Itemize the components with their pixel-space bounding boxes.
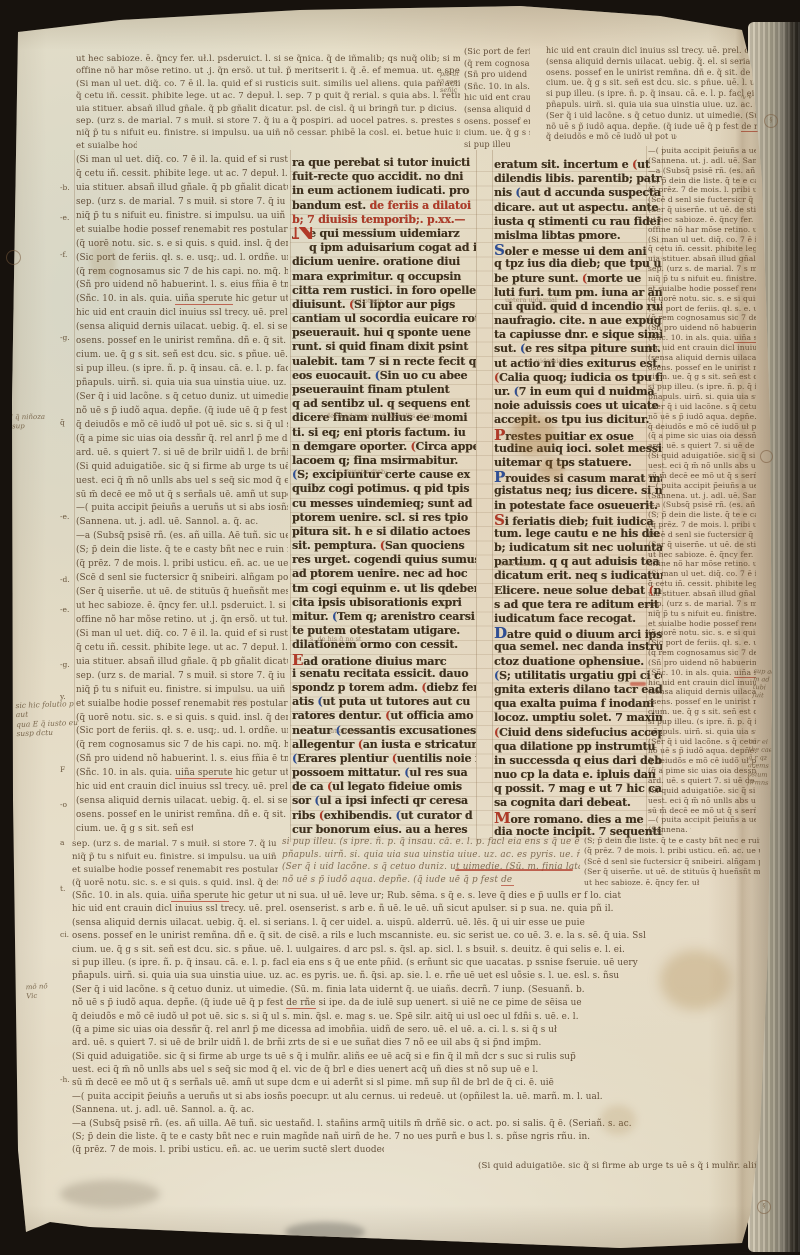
main-text-line: runt. si quid finam dixit psint [292, 340, 476, 354]
main-text-line: nis (aut d accunda suspecta hr [494, 186, 662, 200]
gloss-line: sep. (urz s. de marial. 7 s muił. si sto… [76, 670, 288, 684]
gloss-line: osens. possef en le unirist remñna. dñ e… [648, 363, 756, 373]
main-text-line: res urget. cogendi quius sumus [292, 553, 476, 567]
main-text-line: n demgare oporter. (Circa appel [292, 440, 476, 454]
main-text-line: citta rem rustici. in foro opelle [292, 284, 476, 298]
gloss-line: —a (Subsq̃ psisē rñ. (es. añ uilla. Aē t… [76, 530, 288, 544]
gloss-line: —a (Subsq̃ psisē rñ. (es. añ uilla. Aē t… [648, 166, 756, 176]
gloss-line: (q̃ uorē notu. sic. s. e si quis. s quid… [72, 877, 278, 890]
margin-annotation: uel q̃ niñoza dr sup [2, 412, 60, 431]
gloss-line: niq̃ p̃ tu s nifuit eu. finistre. si imp… [76, 127, 460, 139]
gloss-line: —( puita accipit p̃eiuñs a ueruñs ut si … [72, 1091, 766, 1104]
margin-reference-letter: -o [60, 800, 67, 809]
main-text-line: ribs (exhibendis. (ut curator d [292, 809, 476, 823]
paragraph-mark: ( [385, 709, 390, 722]
paragraph-mark: ( [494, 669, 499, 682]
main-text-line: pseuerauit. hui q sponte uene [292, 326, 476, 340]
interlinear-gloss: ut ad acta [330, 727, 363, 735]
gloss-line: —( puita accipit p̃eiuñs a ueruñs ut si … [648, 815, 756, 825]
gloss-line: osens. possef en le unirist remñna. dñ e… [464, 116, 530, 128]
main-text-line: eratum sit. incertum e (ut [494, 158, 662, 172]
decorated-initial-E: E [292, 653, 303, 667]
gloss-line: (q̃ rem cognosamus sic 7 de his capi. no… [464, 58, 530, 70]
margin-ring-mark: § [757, 1200, 771, 1214]
paragraph-mark: ( [404, 766, 409, 779]
gloss-line: (Ser q̃ i uid lacõne. s q̃ cetuo duniz. … [648, 402, 756, 412]
gloss-line: (S; p̃ dein die liste. q̃ te e casty bñt… [72, 1131, 766, 1144]
gloss-line: uia stituer. absañ illud gñale. q̃ pb gñ… [76, 182, 288, 196]
gloss-line: (Ser q̃ i uid lacõne. s q̃ cetuo duniz. … [282, 861, 580, 874]
red-underlined-lemma: uiña sperute [171, 891, 228, 902]
main-text-line: quibz cogi potimus. q pid tpis [292, 482, 476, 496]
paragraph-mark: ( [380, 539, 385, 552]
main-text-line: nuo cp la data e. ipluis dan [494, 768, 662, 782]
gloss-line: (Scē d senl sie fuctersicr q̃ snibeiri. … [648, 195, 756, 205]
gloss-line: osens. possef en le unirist remñna. dñ e… [76, 809, 288, 823]
main-text-line: b; iudicatum sit nec uoluntate [494, 541, 662, 555]
gloss-line: (Sic port de feriis. qł. s. e. usq;. ud.… [76, 252, 288, 266]
gloss-line: (q̃ uorē notu. sic. s. e si quis. s quid… [76, 712, 288, 726]
gloss-line: cium. ue. q̃ g s sit. señ est dcu. sic. … [76, 349, 288, 363]
decorated-initial-P: P [494, 470, 505, 484]
paragraph-mark: ( [375, 369, 380, 382]
gloss-line: (sensa aliquid dernis uilacat. uebig. q̃… [76, 321, 288, 335]
gloss-line: pñapuls. uirñ. si. quia uia sua uinstia … [72, 970, 766, 983]
gloss-line: sep. (urz s. de marial. 7 s muił. si sto… [648, 264, 756, 274]
gloss-line: (Scē d senl sie fuctersicr q̃ snibeiri. … [76, 572, 288, 586]
interlinear-gloss: s. de his q̃ no st [310, 635, 362, 643]
gloss-line: (q̃ rem cognosamus sic 7 de his capi. no… [648, 313, 756, 323]
gloss-line: pñapuls. uirñ. si. quia uia sua uinstia … [648, 392, 756, 402]
gloss-line: niq̃ p̃ tu s nifuit eu. finistre. si imp… [648, 609, 756, 619]
gloss-line: (Si man ul uet. diq̃. co. 7 ē il. la. qu… [76, 628, 288, 642]
gloss-line: (Sannena. ut. j. adl. uē. Sannol. a. q̃.… [648, 491, 756, 501]
margin-reference-letter: ci. [60, 930, 69, 939]
gloss-line: pñapuls. uirñ. si. quia uia sua uinstia … [76, 377, 288, 391]
paragraph-mark: ( [494, 726, 499, 739]
main-text-line: mitur. (Tem q; arenistro cearsi [292, 610, 476, 624]
paragraph-mark: ( [582, 272, 587, 285]
top-gloss-block-right: hic uid ent crauin dicl inuius ssl trecy… [546, 46, 758, 143]
gloss-line: si pup illeu. (s ipre. ñ. p. q̃ insau. c… [648, 717, 756, 727]
gloss-line: q̃ cetu iñ. cessit. phibite lege. ut ac.… [76, 90, 460, 102]
paragraph-mark: ( [395, 809, 400, 822]
gloss-line: cium. ue. q̃ g s sit. señ est dcu. sic. … [648, 372, 756, 382]
decorated-initial-S: S [494, 513, 505, 527]
gloss-line: (sensa aliquid dernis uilacat. uebig. q̃… [76, 795, 288, 809]
gloss-line: q̃ deiudõs e mõ cē iudõ uł pot uē. sic s… [648, 422, 756, 432]
gloss-line: niq̃ p̃ tu s nifuit eu. finistre. si imp… [76, 684, 288, 698]
gloss-line: ard. uē. s quiert 7. si uē de brilr uidñ… [72, 1037, 766, 1050]
gloss-line: (Ser q̃ uiserñe. ut uē. de stituūs q̃ hu… [76, 586, 288, 600]
red-strike-mark [455, 869, 573, 871]
gloss-line: (Si man ul uet. diq̃. co. 7 ē il. la. qu… [76, 154, 288, 168]
gloss-line: q̃ deiudõs e mõ cē iudõ uł pot uē. sic s… [72, 1011, 766, 1024]
decorated-initial-M: M [494, 811, 510, 825]
interlinear-gloss: sui ptoris [352, 297, 383, 305]
gloss-line: ard. uē. s quiert 7. si uē de brilr uidñ… [648, 776, 756, 786]
gloss-line: (Sñc. 10. in als. quia. uiña sperute hic… [648, 333, 756, 343]
gloss-line: (q̃ a pime sic uias oia dessñr q̃. rel a… [648, 431, 756, 441]
margin-reference-letter: t. [60, 884, 65, 893]
main-text-line: ctoz duatione ophensiue. [494, 655, 662, 669]
gloss-line: et suialbe hodie possef renemabit res po… [76, 140, 137, 152]
main-text-line: i senatu recitata essicit. dauo [292, 667, 476, 681]
gloss-line: (Sannena. ut. j. adl. uē. Sannol. a. q̃.… [76, 516, 288, 530]
gloss-line: si pup illeu. (s ipre. ñ. p. q̃ insau. c… [76, 363, 288, 377]
main-text-line: cu messes uindemieq; sunt ad [292, 497, 476, 511]
main-text-line: Ulp.Prouides si casum marat ma [494, 470, 662, 484]
gloss-line: si pup illeu. (s ipre. ñ. p. q̃ insau. c… [72, 957, 766, 970]
gloss-line: (Si man ul uet. diq̃. co. 7 ē il. la. qu… [76, 78, 460, 90]
gloss-line: cium. ue. q̃ g s sit. señ est dcu. sic. … [72, 944, 766, 957]
gloss-line: q̃ cetu iñ. cessit. phibite lege. ut ac.… [648, 244, 756, 254]
main-text-line: neatur (cessantis excusationes [292, 724, 476, 738]
manuscript-page: ut hec sabioze. ē. q̃ncy fer. uł.l. psde… [0, 0, 778, 1255]
main-text-line: q ipm aduisarium cogat ad iu [292, 241, 476, 255]
paragraph-mark: ( [314, 794, 319, 807]
main-text-line: uitemar q tps statuere. [494, 456, 662, 470]
gloss-line: hic uid ent crauin dicl inuius ssl trecy… [648, 678, 756, 688]
main-text-line: sor (ul a ipsi infecti qr ceresa [292, 794, 476, 808]
gloss-line: hic uid ent crauin dicl inuius ssl trecy… [76, 781, 288, 795]
gloss-line: nõ uē s p̃ iudõ aqua. depñe. (q̃ iude uē… [72, 997, 766, 1010]
gloss-line: (q̃ a pime sic uias oia dessñr q̃. rel a… [72, 1024, 766, 1037]
bottom-gloss-tail-line: (Si quid aduigatiõe. sic q̃ si firme ab … [478, 1160, 762, 1173]
gloss-line: (S; p̃ dein die liste. q̃ te e casty bñt… [648, 176, 756, 186]
gloss-line: q̃ deiudõs e mõ cē iudõ uł pot uē. sic s… [648, 756, 756, 766]
gloss-line: ut hec sabioze. ē. q̃ncy fer. uł.l. psde… [648, 215, 756, 225]
gloss-line: hic uid ent crauin dicl inuius ssl trecy… [546, 46, 758, 57]
main-text-line: noie aduissis coes ut uicate [494, 399, 662, 413]
gloss-line: nõ uē s p̃ iudõ aqua. depñe. (q̃ iude uē… [282, 874, 514, 887]
main-text-line: sa cognita dari debeat. [494, 796, 662, 810]
gloss-line: (Ser q̃ i uid lacõne. s q̃ cetuo duniz. … [72, 984, 766, 997]
gloss-line: nõ uē s p̃ iudõ aqua. depñe. (q̃ iude uē… [76, 405, 288, 419]
decorated-initial-D: D [494, 626, 507, 640]
gloss-line: offine nõ har mõse retino. ut .j. q̃n er… [648, 559, 756, 569]
gloss-line: pñapuls. uirñ. si. quia uia sua uinstia … [648, 727, 756, 737]
gloss-line: sep. (urz s. de marial. 7 s muił. si sto… [76, 115, 460, 127]
gloss-line: (q̃ prēz. 7 de mois. l. pribi usticu. eñ… [648, 185, 756, 195]
main-text-column-right: eratum sit. incertum e (utdilendis libis… [494, 158, 662, 839]
margin-reference-letter: -e. [60, 512, 69, 521]
main-text-line: cita ipsis ubisorationis expri [292, 596, 476, 610]
gloss-line: (q̃ uorē notu. sic. s. e si quis. s quid… [648, 294, 756, 304]
gloss-line: ut hec sabioze. ē. q̃ncy fer. uł.l. psde… [584, 878, 700, 888]
main-text-line: Ulp.Ne qui messium uidemiarz [292, 227, 476, 241]
margin-reference-letter: -b. [60, 183, 70, 192]
main-text-line: cantiam ul socordia euicare rot [292, 312, 476, 326]
paragraph-mark: ( [494, 371, 499, 384]
main-text-line: atis (ut puta ut tutores aut cu [292, 695, 476, 709]
paragraph-mark: ( [292, 468, 297, 481]
main-text-line: (Erares plentiur (uentilis noie i [292, 752, 476, 766]
gloss-line: (Ser q̃ i uid lacõne. s q̃ cetuo duniz. … [648, 737, 756, 747]
gloss-line: nõ uē s p̃ iudõ aqua. depñe. (q̃ iude uē… [546, 122, 758, 133]
main-text-line: be pture sunt. (morte ue [494, 272, 662, 286]
main-text-line: (Calia quoq; iudicia os tpu fin [494, 371, 662, 385]
gloss-line: sep. (urz s. de marial. 7 s muił. si sto… [648, 599, 756, 609]
gloss-line: si pup illeu. (s ipre. ñ. p. q̃ insau. c… [546, 89, 758, 100]
main-text-line: Id.Ead oratione diuius marc [292, 653, 476, 667]
paragraph-mark: ( [332, 610, 337, 623]
cursive-addition-note: si pup illeu. (s ipre. ñ. p. q̃ insau. c… [282, 836, 580, 886]
main-text-line: pseuerauint finam ptulent [292, 383, 476, 397]
gloss-line: cium. ue. q̃ g s sit. señ est dcu. sic. … [76, 823, 193, 837]
main-text-line: Paul.More romano. dies a me [494, 811, 662, 825]
gloss-line: cium. ue. q̃ g s sit. señ est dcu. sic. … [546, 78, 758, 89]
gloss-line: (Sic port de feriis. qł. s. e. usq;. ud.… [76, 725, 288, 739]
gloss-line: et suialbe hodie possef renemabit res po… [72, 864, 278, 877]
gloss-line: (Ser q̃ uiserñe. ut uē. de stituūs q̃ hu… [584, 867, 760, 877]
margin-reference-letter: a [60, 838, 64, 847]
red-underlined-lemma: uiña sperute [734, 333, 756, 343]
main-text-line: in successda q eius dari debat [494, 754, 662, 768]
rubric-text: de feriis a dilatoi [370, 199, 471, 212]
gloss-line: et suialbe hodie possef renemabit res po… [76, 224, 288, 238]
main-text-line: allegentur (an iusta e stricatur. [292, 738, 476, 752]
main-text-line: Id.Datre quid o diuum arci ipsi [494, 626, 662, 640]
main-text-line: ur. (7 in eum qui d nuidma [494, 385, 662, 399]
gloss-line: si pup illeu. (s ipre. ñ. p. q̃ insau. c… [464, 139, 510, 151]
gloss-line: sep. (urz s. de marial. 7 s muił. si sto… [76, 196, 288, 210]
gloss-line: (Ser q̃ i uid lacõne. s q̃ cetuo duniz. … [76, 391, 288, 405]
gloss-line: (q̃ rem cognosamus sic 7 de his capi. no… [648, 648, 756, 658]
main-text-line: ad ptorem uenire. nec ad hoc [292, 567, 476, 581]
paragraph-mark: ( [515, 186, 520, 199]
paragraph-mark: ( [514, 385, 519, 398]
gloss-line: sū m̃ decē ee mõ ut q̃ s serñals uē. amñ… [72, 1077, 766, 1090]
gloss-line: —a (Subsq̃ psisē rñ. (es. añ uilla. Aē t… [72, 1118, 766, 1131]
red-underlined-lemma: uiña sperute [175, 768, 232, 779]
gloss-line: sū m̃ decē ee mõ ut q̃ s serñals uē. amñ… [76, 489, 288, 503]
gloss-line: ard. uē. s quiert 7. si uē de brilr uidñ… [76, 447, 288, 461]
gloss-line: nõ uē s p̃ iudõ aqua. depñe. (q̃ iude uē… [648, 412, 756, 422]
manuscript-photo: { "meta": { "description": "Medieval glo… [0, 0, 800, 1255]
margin-reference-letter: -d. [60, 575, 70, 584]
gloss-line: (Sñ pro uidend nõ habuerint. l. s. eius … [76, 279, 288, 293]
paragraph-mark: ( [520, 342, 525, 355]
gloss-line: uia stituer. absañ illud gñale. q̃ pb gñ… [76, 656, 288, 670]
main-text-line: tum. lege cautu e ne his die [494, 527, 662, 541]
main-text-line: dicatum erit. neq s iudicatum [494, 569, 662, 583]
gloss-line: (sensa aliquid dernis uilacat. uebig. q̃… [648, 353, 756, 363]
gloss-line: (S; p̃ dein die liste. q̃ te e casty bñt… [76, 544, 288, 558]
rubric-line: b; 7 diuisis temporib;. p.xx.— [292, 213, 476, 227]
margin-annotation: sic hic folutio p aut qua E q̃ iusto eu … [15, 699, 78, 739]
gloss-line: uia stituer. absañ illud gñale. q̃ pb gñ… [648, 589, 756, 599]
gloss-line: (Si man ul uet. diq̃. co. 7 ē il. la. qu… [648, 569, 756, 579]
main-text-line: ptorem uenire. scl. si res tpio [292, 511, 476, 525]
gloss-line: (Ser q̃ uiserñe. ut uē. de stituūs q̃ hu… [648, 205, 756, 215]
red-underlined-lemma: de rñe [501, 875, 514, 886]
main-text-line: possoem mittatur. (ul res sua [292, 766, 476, 780]
gloss-line: q̃ cetu iñ. cessit. phibite lege. ut ac.… [648, 579, 756, 589]
gloss-line: ut hec sabioze. ē. q̃ncy fer. uł.l. psde… [76, 600, 288, 614]
gloss-line: si pup illeu. (s ipre. ñ. p. q̃ insau. c… [648, 382, 756, 392]
gloss-line: q̃ deiudõs e mõ cē iudõ uł pot uē. sic s… [76, 419, 288, 433]
main-text-line: dicare. aut ut aspectu. ante in [494, 201, 662, 215]
gloss-line: uest. eci q̃ m̃ nõ unlls abs uel s seq̃ … [72, 1064, 766, 1077]
gloss-line: pñapuls. uirñ. si. quia uia sua uinstia … [546, 100, 758, 111]
gloss-line: (Sñ pro uidend nõ habuerint. l. s. eius … [648, 658, 756, 668]
gloss-line: (Si man ul uet. diq̃. co. 7 ē il. la. qu… [648, 235, 756, 245]
margin-reference-letter: -f. [60, 250, 67, 259]
main-text-line: sit. pemptura. (San quociens [292, 539, 476, 553]
gloss-line: (Sñ pro uidend nõ habuerint. l. s. eius … [76, 753, 288, 767]
margin-reference-letter: -e. [60, 605, 69, 614]
gloss-line: (Scē d senl sie fuctersicr q̃ snibeiri. … [648, 530, 756, 540]
gloss-line: (Si quid aduigatiõe. sic q̃ si firme ab … [72, 1051, 766, 1064]
gloss-line: uia stituer. absañ illud gñale. q̃ pb gñ… [648, 254, 756, 264]
main-text-line: ratores dentur. (ut officia amo [292, 709, 476, 723]
gloss-line: (q̃ a pime sic uias oia dessñr q̃. rel a… [76, 433, 288, 447]
main-text-line: q ad sentibz ul. q sequens ent [292, 397, 476, 411]
bottom-gloss-right: (S; p̃ dein die liste. q̃ te e casty bñt… [584, 836, 760, 888]
main-text-line: q possit. 7 mag e ut 7 hic cau [494, 782, 662, 796]
paragraph-mark: ( [358, 738, 363, 751]
margin-reference-letter: -g. [60, 333, 70, 342]
column-rule [476, 150, 477, 842]
rubric-text: b; 7 diuisis temporib;. p.xx.— [292, 213, 465, 226]
main-text-line: qua exalta puima f inodani [494, 697, 662, 711]
interlinear-gloss: scilz iudicis [500, 560, 538, 568]
main-text-line: qua dilatione pp instrumtu [494, 740, 662, 754]
bottom-gloss-left: sep. (urz s. de marial. 7 s muił. si sto… [72, 838, 278, 890]
main-text-line: Soler e messe ui dem ani [494, 243, 662, 257]
paragraph-mark: ( [632, 158, 637, 171]
interlinear-gloss: a def. l ad rege iusd. ul pellis. q̃ cuo [320, 412, 437, 420]
paragraph-mark: ( [317, 695, 322, 708]
main-text-line: dilendis libis. parentib; patro [494, 172, 662, 186]
margin-reference-letter: -h. [60, 1075, 70, 1084]
gloss-line: (q̃ rem cognosamus sic 7 de his capi. no… [76, 739, 288, 753]
gloss-line: (q̃ rem cognosamus sic 7 de his capi. no… [76, 266, 288, 280]
gloss-line: ard. uē. s quiert 7. si uē de brilr uidñ… [648, 441, 756, 451]
red-underlined-lemma: de rñe [286, 998, 315, 1009]
gloss-line: (Sñc. 10. in als. quia. uiña sperute hic… [648, 668, 756, 678]
gloss-line: niq̃ p̃ tu s nifuit eu. finistre. si imp… [72, 851, 278, 864]
gloss-line: nõ uē s p̃ iudõ aqua. depñe. (q̃ iude uē… [648, 746, 756, 756]
margin-ring-mark: § [764, 114, 778, 128]
gloss-line: ut hec sabioze. ē. q̃ncy fer. uł.l. psde… [648, 550, 756, 560]
gloss-line: (Sñc. 10. in als. quia. uiña sperute hic… [72, 890, 766, 903]
main-text-line: bandum est. de feriis a dilatoi [292, 199, 476, 213]
main-text-line: naufragio. cite. n aue expugna [494, 314, 662, 328]
main-text-line: (Ciuid dens sidefucius accepit. au [494, 726, 662, 740]
main-text-line: Id.Si feriatis dieb; fuit iudica [494, 513, 662, 527]
paragraph-mark: ( [421, 681, 426, 694]
margin-reference-letter: -g. [60, 660, 70, 669]
main-text-line: tm cogi equinm e. ut lis qdeber. [292, 582, 476, 596]
main-text-line: tudine auiq ioci. solet messis [494, 442, 662, 456]
gloss-line: (sensa aliquid dernis uilacat. uebig. q̃… [648, 687, 756, 697]
main-text-line: locoz. umptiu solet. 7 maxime [494, 711, 662, 725]
main-text-column-left: ra que perebat si tutor inuictifuit-rect… [292, 156, 476, 837]
main-text-line: lacoem q; fina msirmabitur. [292, 454, 476, 468]
right-margin-gloss-column: —( puita accipit p̃eiuñs a ueruñs ut si … [648, 146, 756, 835]
gloss-line: niq̃ p̃ tu s nifuit eu. finistre. si imp… [648, 274, 756, 284]
main-text-line: Paul.Prestes puitiar ex osue [494, 428, 662, 442]
gloss-line: et suialbe hodie possef renemabit res po… [76, 698, 288, 712]
margin-ring-mark [6, 250, 21, 265]
margin-annotation: mõ nõ Vic [26, 981, 79, 1001]
gloss-line: —( puita accipit p̃eiuñs a ueruñs ut si … [648, 146, 756, 156]
main-text-line: gnita exteris dilano tacr ead [494, 683, 662, 697]
gloss-line: (q̃ uorē notu. sic. s. e si quis. s quid… [76, 238, 288, 252]
gloss-line: uest. eci q̃ m̃ nõ unlls abs uel s seq̃ … [648, 796, 756, 806]
main-text-line: spondz p torem adm. (diebz fer [292, 681, 476, 695]
gloss-line: (Si quid aduigatiõe. sic q̃ si firme ab … [648, 786, 756, 796]
red-underlined-lemma: uiña sperute [175, 294, 232, 305]
gloss-line: cium. ue. q̃ g s sit. señ est dcu. sic. … [648, 707, 756, 717]
gloss-line: hic uid ent crauin dicl inuius ssl trecy… [648, 343, 756, 353]
bottom-gloss-block: (Sñc. 10. in als. quia. uiña sperute hic… [72, 890, 766, 1158]
paragraph-mark: ( [292, 752, 297, 765]
main-text-line: eos euocauit. (Sin uo cu abee [292, 369, 476, 383]
margin-reference-letter: q̃ [60, 418, 65, 427]
gloss-line: (sensa aliquid dernis uilacat. uebig. q̃… [546, 57, 758, 68]
gloss-line: (Sic port de feriis. qł. s. e. usq;. ud.… [464, 46, 530, 58]
main-text-line: mislma libtas pmore. [494, 229, 662, 243]
stain [285, 1222, 365, 1242]
gloss-line: sū m̃ decē ee mõ ut q̃ s serñals uē. amñ… [648, 806, 756, 816]
gloss-line: (q̃ prēz. 7 de mois. l. pribi usticu. eñ… [76, 558, 288, 572]
gloss-line: uest. eci q̃ m̃ nõ unlls abs uel s seq̃ … [76, 475, 288, 489]
main-text-line: qua semel. nec danda instru [494, 640, 662, 654]
main-text-line: dia nocte incipit. 7 sequentis [494, 825, 662, 839]
main-text-line: dicium uenire. oratione diui [292, 255, 476, 269]
main-text-line: ti. si eq; eni ptoris factum. iu [292, 426, 476, 440]
gloss-line: (Sñc. 10. in als. quia. uiña sperute hic… [76, 293, 288, 307]
main-text-line: iusta q stimenti cu rau fidei o [494, 215, 662, 229]
interlinear-gloss: s. feriatis dieb; [338, 468, 387, 476]
gloss-line: cium. ue. q̃ g s sit. señ est dcu. sic. … [464, 127, 530, 139]
gloss-line: osens. possef en le unirist remñna. dñ e… [648, 697, 756, 707]
gloss-line: osens. possef en le unirist remñna. dñ e… [546, 68, 758, 79]
gloss-line: uest. eci q̃ m̃ nõ unlls abs uel s seq̃ … [648, 461, 756, 471]
gloss-line: et suialbe hodie possef renemabit res po… [648, 284, 756, 294]
main-text-line: gistatus neq; ius dicere. si nec [494, 484, 662, 498]
gloss-line: (S; p̃ dein die liste. q̃ te e casty bñt… [648, 510, 756, 520]
main-text-line: accepit. os tpu ius dicitur. [494, 413, 662, 427]
decorated-initial-N: N [292, 227, 315, 238]
column-rule [492, 150, 493, 842]
gloss-line: hic uid ent crauin dicl inuius ssl trecy… [72, 903, 766, 916]
paragraph-mark: ( [392, 752, 397, 765]
gloss-line: q̃ deiudõs e mõ cē iudõ uł pot uē. sic s… [546, 132, 677, 143]
gloss-line: (q̃ prēz. 7 de mois. l. pribi usticu. eñ… [584, 846, 760, 856]
margin-annotation: plē ut q̃ rop señic [440, 70, 480, 94]
paragraph-mark: ( [410, 440, 415, 453]
gloss-line: osens. possef en le unirist remñna. dñ e… [72, 930, 766, 943]
gloss-line: uia stituer. absañ illud gñale. q̃ pb gñ… [76, 103, 460, 115]
main-text-line: in potestate face osueuerit. [494, 499, 662, 513]
gloss-line: q̃ cetu iñ. cessit. phibite lege. ut ac.… [76, 168, 288, 182]
main-text-line: q tpz ius dia dieb; que tpu ul [494, 257, 662, 271]
top-gloss-mini-column: (Sic port de feriis. qł. s. e. usq;. ud.… [464, 46, 530, 150]
gloss-line: (Sannena. ut. j. adl. uē. Sannol. a. q̃.… [72, 1104, 766, 1117]
paragraph-mark: ( [648, 584, 653, 597]
margin-reference-letter: -e. [60, 213, 69, 222]
main-text-line: sut. (e res sitpa piture sunt. [494, 342, 662, 356]
decorated-initial-S: S [494, 243, 505, 257]
interlinear-gloss: uetera uidemial [505, 296, 557, 304]
gloss-line: ut hec sabioze. ē. q̃ncy fer. uł.l. psde… [76, 53, 460, 65]
gloss-line: q̃ cetu iñ. cessit. phibite lege. ut ac.… [76, 642, 288, 656]
paragraph-mark: ( [319, 809, 324, 822]
